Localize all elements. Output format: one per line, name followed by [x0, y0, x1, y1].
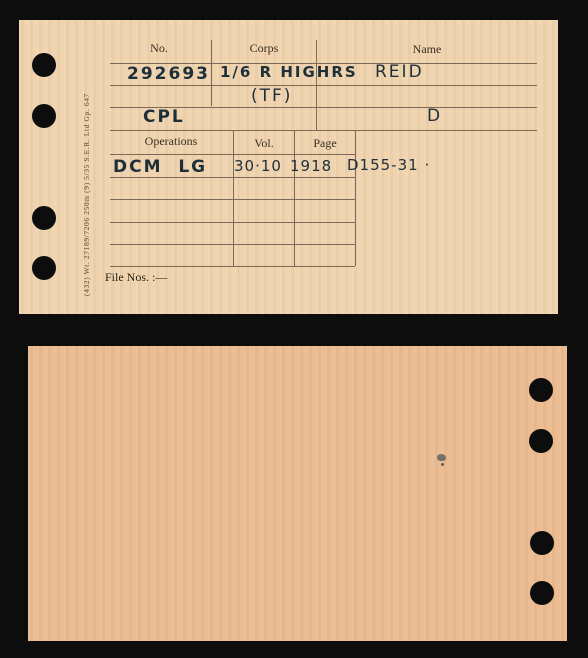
printer-imprint: (432) Wt. 27189/7206 250m (9) 5/35 S.E.R…: [82, 93, 91, 296]
corps-entry: 1/6 R HIGHRS: [220, 63, 358, 81]
header-vol: Vol.: [254, 136, 273, 151]
table-divider: [355, 130, 356, 266]
table-divider: [294, 130, 295, 266]
vol-entry: 30·10: [234, 157, 282, 175]
card-front: (432) Wt. 27189/7206 250m (9) 5/35 S.E.R…: [19, 20, 558, 314]
punch-hole-icon: [529, 429, 553, 453]
ink-blot: [437, 454, 446, 461]
header-operations: Operations: [145, 134, 198, 149]
punch-hole-icon: [32, 104, 56, 128]
rule-line: [110, 130, 537, 131]
header-no: No.: [150, 41, 168, 56]
page-entry: 1918: [290, 157, 332, 175]
rank-entry: CPL: [143, 107, 185, 127]
header-name: Name: [413, 42, 442, 57]
rule-line: [110, 85, 537, 86]
punch-hole-icon: [529, 378, 553, 402]
surname-entry: REID: [375, 62, 424, 82]
table-divider: [233, 130, 234, 266]
ink-dot: [441, 463, 444, 466]
header-corps: Corps: [250, 41, 279, 56]
punch-hole-icon: [530, 581, 554, 605]
file-nos-label: File Nos. :—: [105, 270, 167, 285]
punch-hole-icon: [32, 53, 56, 77]
header-page: Page: [313, 136, 336, 151]
reference-note: D155-31 ·: [347, 156, 430, 174]
initial-entry: D: [427, 106, 442, 126]
service-number: 292693: [127, 64, 210, 84]
punch-hole-icon: [530, 531, 554, 555]
punch-hole-icon: [32, 206, 56, 230]
punch-hole-icon: [32, 256, 56, 280]
column-divider: [211, 40, 212, 106]
column-divider: [316, 40, 317, 130]
card-back: [28, 346, 567, 641]
corps-entry-tf: (TF): [251, 86, 292, 106]
table-line: [110, 266, 355, 267]
operations-entry: DCM LG: [113, 157, 207, 177]
